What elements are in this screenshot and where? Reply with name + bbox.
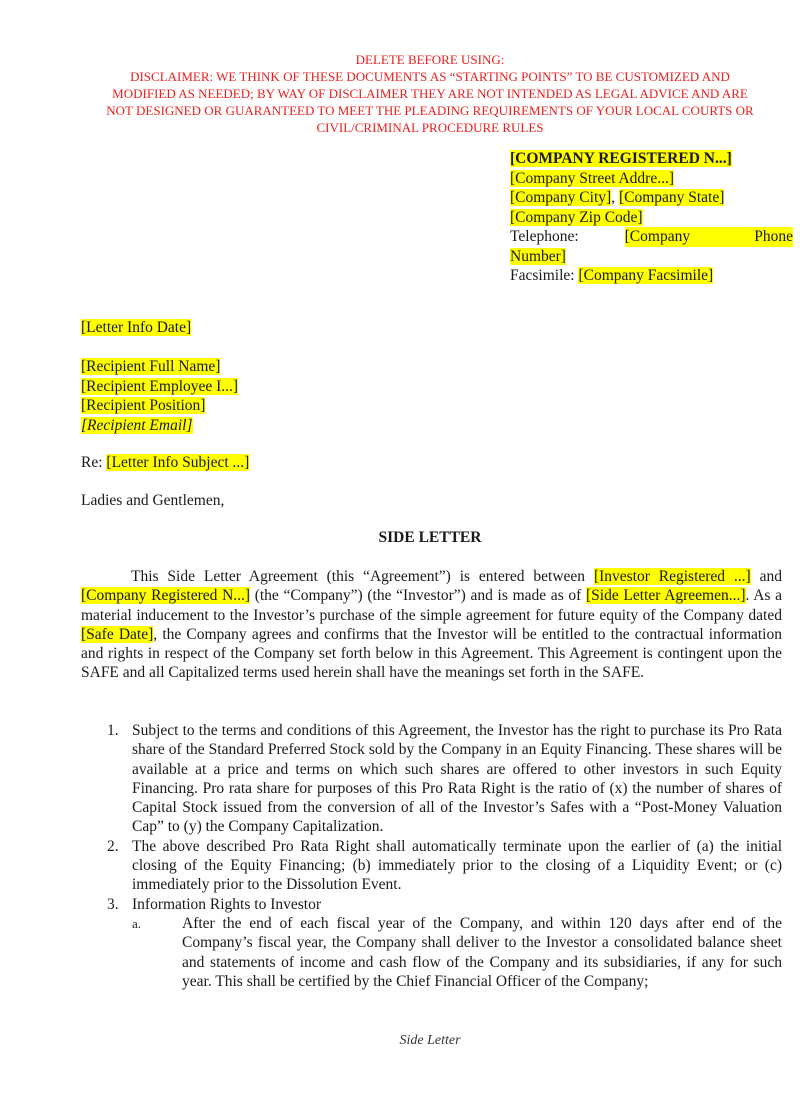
intro-paragraph: This Side Letter Agreement (this “Agreem… — [81, 567, 782, 683]
company-phone-field-cont[interactable]: Number] — [510, 248, 566, 265]
side-letter-date-field[interactable]: [Side Letter Agreemen...] — [586, 587, 746, 604]
recipient-email-field[interactable]: [Recipient Email] — [81, 417, 193, 434]
phone-text: [Company — [625, 227, 690, 247]
subject-field[interactable]: [Letter Info Subject ...] — [106, 454, 249, 471]
list-item: 1. Subject to the terms and conditions o… — [107, 721, 782, 837]
list-item: 2. The above described Pro Rata Right sh… — [107, 837, 782, 895]
disclaimer-line: DISCLAIMER: WE THINK OF THESE DOCUMENTS … — [70, 68, 790, 85]
re-label: Re: — [81, 454, 106, 471]
intro-text: , the Company agrees and confirms that t… — [81, 626, 782, 682]
investor-name-field[interactable]: [Investor Registered ...] — [594, 568, 751, 585]
recipient-employer-field[interactable]: [Recipient Employee I...] — [81, 378, 238, 395]
phone-text: Phone — [754, 227, 793, 247]
company-street-field[interactable]: [Company Street Addre...] — [510, 170, 674, 187]
telephone-label: Telephone: — [510, 227, 579, 247]
list-number: 3. — [107, 895, 132, 914]
document-title: SIDE LETTER — [0, 529, 800, 547]
salutation: Ladies and Gentlemen, — [81, 491, 224, 511]
company-city-field[interactable]: [Company City] — [510, 189, 611, 206]
page-footer: Side Letter — [0, 1033, 800, 1049]
list-text: Information Rights to Investor — [132, 895, 782, 914]
intro-text: (the “Company”) (the “Investor”) and is … — [250, 587, 586, 604]
sub-list-letter: a. — [132, 914, 182, 991]
sub-list-text: After the end of each fiscal year of the… — [182, 914, 782, 991]
intro-text: and — [751, 568, 782, 585]
city-separator: , — [611, 189, 619, 206]
facsimile-label: Facsimile: — [510, 267, 578, 284]
disclaimer-block: DELETE BEFORE USING: DISCLAIMER: WE THIN… — [70, 51, 790, 136]
numbered-list: 1. Subject to the terms and conditions o… — [107, 721, 782, 991]
list-number: 2. — [107, 837, 132, 895]
list-text: The above described Pro Rata Right shall… — [132, 837, 782, 895]
company-zip-field[interactable]: [Company Zip Code] — [510, 209, 643, 226]
disclaimer-line: NOT DESIGNED OR GUARANTEED TO MEET THE P… — [70, 102, 790, 119]
disclaimer-line: MODIFIED AS NEEDED; BY WAY OF DISCLAIMER… — [70, 85, 790, 102]
letter-date-field[interactable]: [Letter Info Date] — [81, 319, 191, 336]
company-facsimile-field[interactable]: [Company Facsimile] — [578, 267, 713, 284]
list-text: Subject to the terms and conditions of t… — [132, 721, 782, 837]
recipient-block: [Recipient Full Name] [Recipient Employe… — [81, 357, 238, 435]
subject-line: Re: [Letter Info Subject ...] — [81, 453, 249, 473]
letter-date: [Letter Info Date] — [81, 318, 191, 338]
list-number: 1. — [107, 721, 132, 837]
sub-list-item: a. After the end of each fiscal year of … — [132, 914, 782, 991]
company-name-field[interactable]: [COMPANY REGISTERED N...] — [510, 150, 732, 167]
company-name-inline-field[interactable]: [Company Registered N...] — [81, 587, 250, 604]
disclaimer-line: DELETE BEFORE USING: — [70, 51, 790, 68]
company-state-field[interactable]: [Company State] — [619, 189, 724, 206]
recipient-name-field[interactable]: [Recipient Full Name] — [81, 358, 220, 375]
disclaimer-line: CIVIL/CRIMINAL PROCEDURE RULES — [70, 119, 790, 136]
intro-text: This Side Letter Agreement (this “Agreem… — [131, 568, 594, 585]
company-address-block: [COMPANY REGISTERED N...] [Company Stree… — [510, 149, 793, 286]
telephone-row: Telephone: [Company Phone — [510, 227, 793, 247]
document-page: DELETE BEFORE USING: DISCLAIMER: WE THIN… — [0, 0, 800, 1100]
recipient-position-field[interactable]: [Recipient Position] — [81, 397, 205, 414]
safe-date-field[interactable]: [Safe Date] — [81, 626, 153, 643]
company-phone-field[interactable]: [Company Phone — [625, 227, 793, 247]
list-item: 3. Information Rights to Investor — [107, 895, 782, 914]
